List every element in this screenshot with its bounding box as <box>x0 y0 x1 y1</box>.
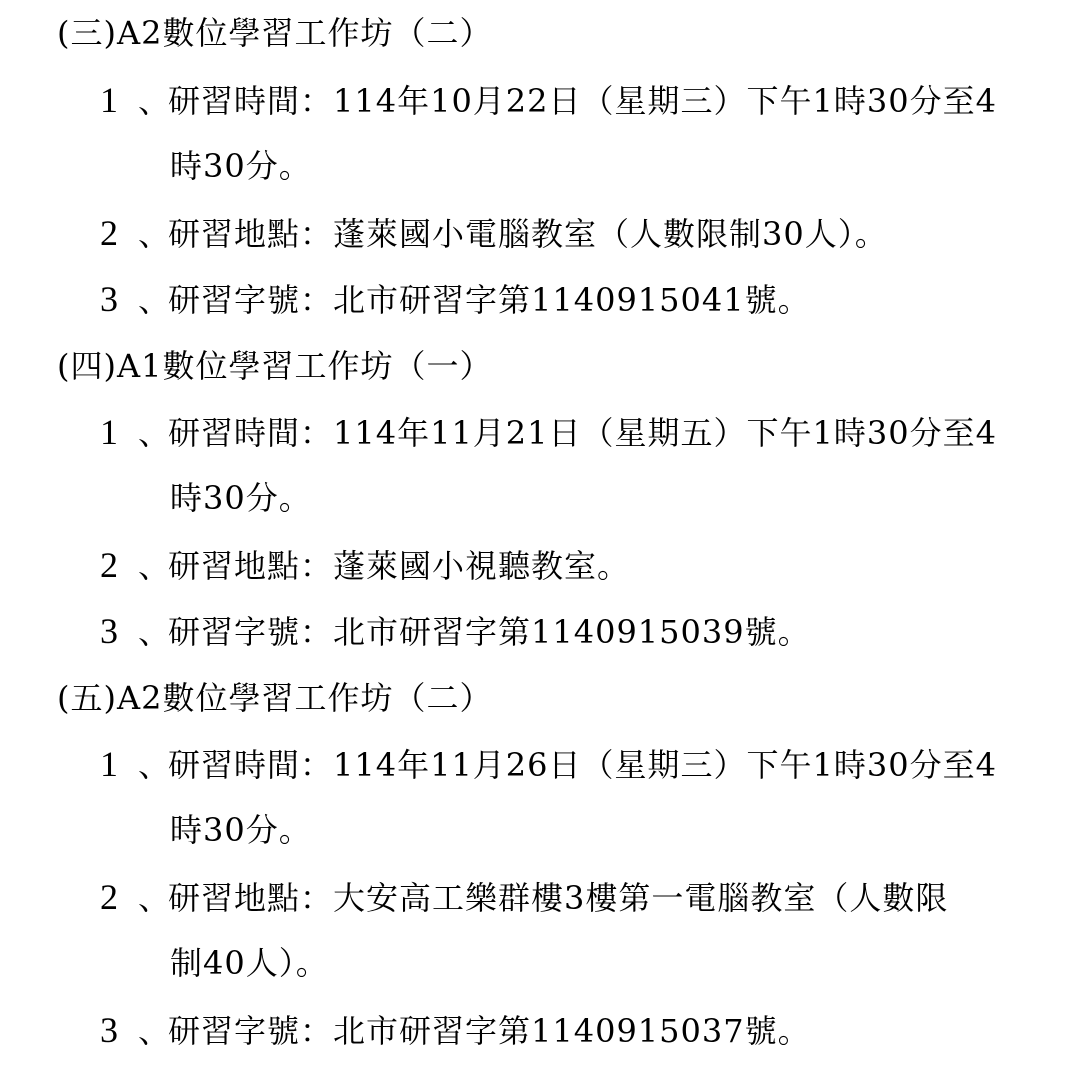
item-number: 3 <box>100 997 138 1063</box>
item-continuation: 時30分。 <box>170 465 312 531</box>
list-item: 1、研習時間：114年11月21日（星期五）下午1時30分至4 <box>100 399 997 465</box>
item-text: 研習地點：蓬萊國小電腦教室（人數限制30人）。 <box>168 215 888 253</box>
item-separator: 、 <box>138 732 168 798</box>
list-item: 1、研習時間：114年11月26日（星期三）下午1時30分至4 <box>100 731 997 797</box>
list-item: 3、研習字號：北市研習字第1140915041號。 <box>100 266 811 332</box>
item-number: 1 <box>100 731 138 797</box>
item-separator: 、 <box>138 599 168 665</box>
item-continuation-text: 時30分。 <box>170 479 312 517</box>
item-number: 3 <box>100 598 138 664</box>
list-item: 2、研習地點：蓬萊國小視聽教室。 <box>100 532 630 598</box>
item-separator: 、 <box>138 68 168 134</box>
item-text: 研習時間：114年11月26日（星期三）下午1時30分至4 <box>168 746 997 784</box>
list-item: 2、研習地點：蓬萊國小電腦教室（人數限制30人）。 <box>100 200 888 266</box>
item-number: 1 <box>100 399 138 465</box>
list-item: 1、研習時間：114年10月22日（星期三）下午1時30分至4 <box>100 67 997 133</box>
item-text: 研習字號：北市研習字第1140915037號。 <box>168 1012 811 1050</box>
item-number: 3 <box>100 266 138 332</box>
section-heading: (四)A1數位學習工作坊（一） <box>57 333 492 399</box>
item-text: 研習時間：114年10月22日（星期三）下午1時30分至4 <box>168 82 997 120</box>
item-continuation: 制40人）。 <box>170 930 329 996</box>
item-number: 1 <box>100 67 138 133</box>
item-continuation-text: 制40人）。 <box>170 944 329 982</box>
item-separator: 、 <box>138 201 168 267</box>
list-item: 2、研習地點：大安高工樂群樓3樓第一電腦教室（人數限 <box>100 864 948 930</box>
section-heading-text: (五)A2數位學習工作坊（二） <box>57 679 492 717</box>
item-text: 研習地點：蓬萊國小視聽教室。 <box>168 547 630 585</box>
item-separator: 、 <box>138 400 168 466</box>
item-text: 研習時間：114年11月21日（星期五）下午1時30分至4 <box>168 414 997 452</box>
item-text: 研習字號：北市研習字第1140915039號。 <box>168 613 811 651</box>
item-continuation-text: 時30分。 <box>170 147 312 185</box>
section-heading-text: (四)A1數位學習工作坊（一） <box>57 347 492 385</box>
item-continuation: 時30分。 <box>170 797 312 863</box>
item-separator: 、 <box>138 533 168 599</box>
section-heading: (三)A2數位學習工作坊（二） <box>57 0 492 66</box>
list-item: 3、研習字號：北市研習字第1140915037號。 <box>100 997 811 1063</box>
item-separator: 、 <box>138 998 168 1064</box>
item-number: 2 <box>100 532 138 598</box>
item-text: 研習字號：北市研習字第1140915041號。 <box>168 281 811 319</box>
section-heading-text: (三)A2數位學習工作坊（二） <box>57 14 492 52</box>
item-separator: 、 <box>138 267 168 333</box>
item-separator: 、 <box>138 865 168 931</box>
list-item: 3、研習字號：北市研習字第1140915039號。 <box>100 598 811 664</box>
item-number: 2 <box>100 200 138 266</box>
item-continuation: 時30分。 <box>170 133 312 199</box>
section-heading: (五)A2數位學習工作坊（二） <box>57 665 492 731</box>
item-text: 研習地點：大安高工樂群樓3樓第一電腦教室（人數限 <box>168 879 948 917</box>
item-number: 2 <box>100 864 138 930</box>
item-continuation-text: 時30分。 <box>170 811 312 849</box>
